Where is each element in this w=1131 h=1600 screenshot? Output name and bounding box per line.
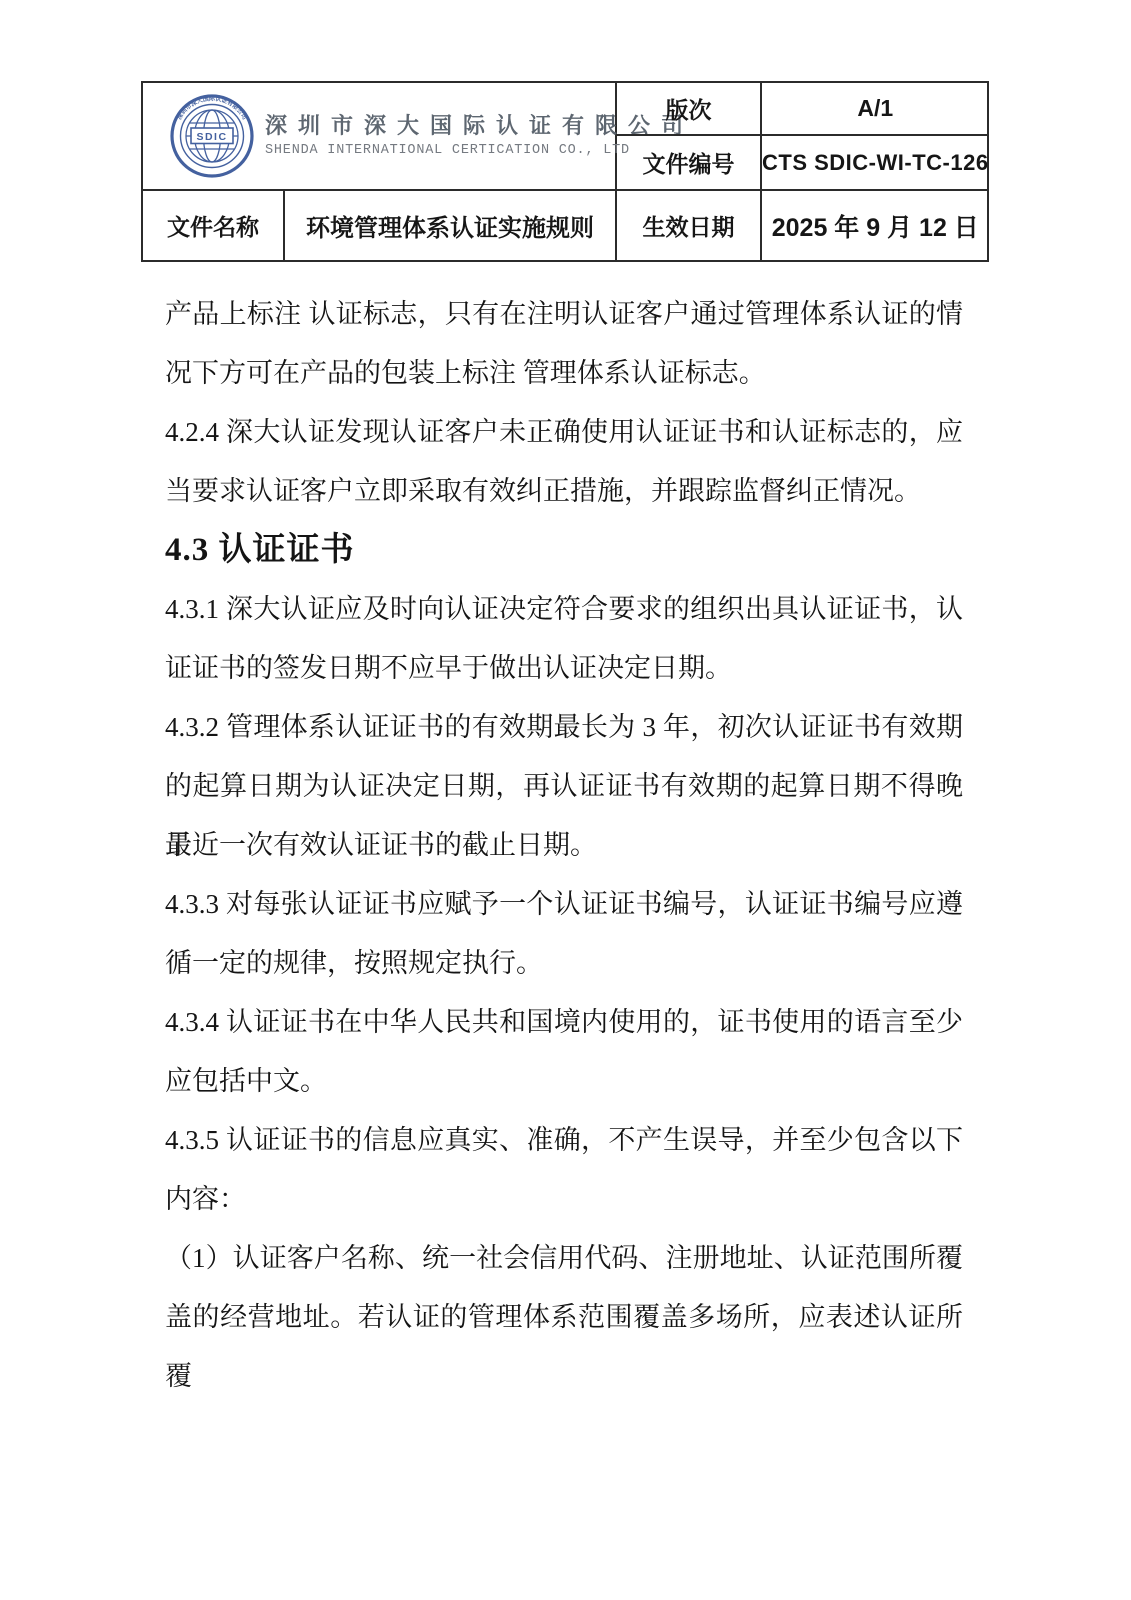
body-line: （1）认证客户名称、统一社会信用代码、注册地址、认证范围所覆 [165,1229,963,1288]
doc-number-label: 文件编号 [617,136,762,191]
body-line: 循一定的规律，按照规定执行。 [165,934,963,993]
body-line: 最近一次有效认证证书的截止日期。 [165,816,963,875]
body-line: 当要求认证客户立即采取有效纠正措施，并跟踪监督纠正情况。 [165,462,963,521]
version-value: A/1 [762,83,989,136]
body-line: 4.3.1 深大认证应及时向认证决定符合要求的组织出具认证证书，认 [165,580,963,639]
company-header-cell: 深圳市深大国际认证有限公司 SDIC 深圳市深大国际认证有限公司 SHENDA … [143,83,617,191]
doc-name-label: 文件名称 [143,191,285,260]
body-line: 盖的经营地址。若认证的管理体系范围覆盖多场所，应表述认证所覆 [165,1288,963,1347]
effective-date-value: 2025 年 9 月 12 日 [762,191,989,260]
effective-date-label: 生效日期 [617,191,762,260]
body-line: 况下方可在产品的包装上标注 管理体系认证标志。 [165,344,963,403]
body-line: 4.2.4 深大认证发现认证客户未正确使用认证证书和认证标志的，应 [165,403,963,462]
document-page: 深圳市深大国际认证有限公司 SDIC 深圳市深大国际认证有限公司 SHENDA … [0,0,1131,1600]
body-line: 4.3.3 对每张认证证书应赋予一个认证证书编号，认证证书编号应遵 [165,875,963,934]
body-line: 4.3.5 认证证书的信息应真实、准确，不产生误导，并至少包含以下 [165,1111,963,1170]
body-line: 4.3.2 管理体系认证证书的有效期最长为 3 年，初次认证证书有效期 [165,698,963,757]
body-line: 的起算日期为认证决定日期，再认证证书有效期的起算日期不得晚于 [165,757,963,816]
body-line: 4.3.4 认证证书在中华人民共和国境内使用的，证书使用的语言至少 [165,993,963,1052]
section-heading: 4.3 认证证书 [165,521,963,580]
body-line: 证证书的签发日期不应早于做出认证决定日期。 [165,639,963,698]
body-line: 内容： [165,1170,963,1229]
sdic-logo-icon: 深圳市深大国际认证有限公司 SDIC [169,93,255,179]
body-line: 应包括中文。 [165,1052,963,1111]
doc-number-value: CTS SDIC-WI-TC-126 [762,136,989,191]
document-body: 产品上标注 认证标志，只有在注明认证客户通过管理体系认证的情 况下方可在产品的包… [165,285,963,1347]
logo-monogram: SDIC [196,131,227,143]
body-line: 产品上标注 认证标志，只有在注明认证客户通过管理体系认证的情 [165,285,963,344]
version-label: 版次 [617,83,762,136]
header-table: 深圳市深大国际认证有限公司 SDIC 深圳市深大国际认证有限公司 SHENDA … [141,81,989,262]
doc-name-value: 环境管理体系认证实施规则 [285,191,617,260]
